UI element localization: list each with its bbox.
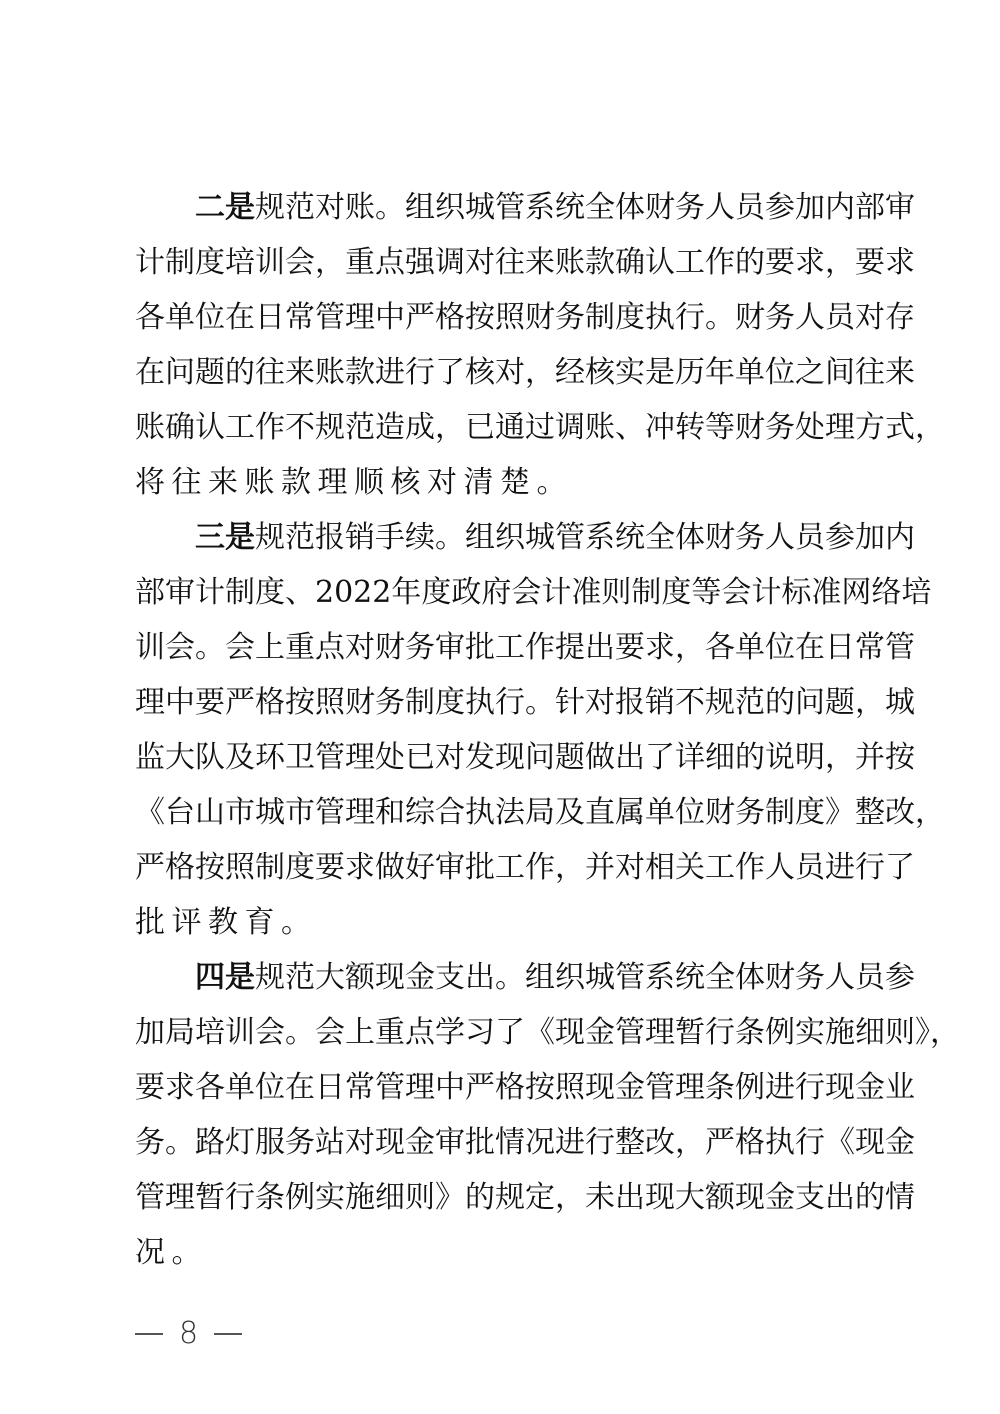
dash-right-decoration [214,1333,242,1335]
document-page: 二是规范对账。组织城管系统全体财务人员参加内部审 计制度培训会，重点强调对往来账… [0,0,1000,1414]
paragraph-lead: 三是 [195,520,255,555]
paragraph-line: 计制度培训会，重点强调对往来账款确认工作的要求，要求 [135,235,875,290]
paragraph-line: 将往来账款理顺核对清楚。 [135,455,875,510]
paragraph-line: 二是规范对账。组织城管系统全体财务人员参加内部审 [135,180,875,235]
paragraph-line: 务。路灯服务站对现金审批情况进行整改，严格执行《现金 [135,1115,875,1170]
paragraph-line: 在问题的往来账款进行了核对，经核实是历年单位之间往来 [135,345,875,400]
document-body: 二是规范对账。组织城管系统全体财务人员参加内部审 计制度培训会，重点强调对往来账… [135,180,875,1280]
paragraph-line: 加局培训会。会上重点学习了《现金管理暂行条例实施细则》， [135,1005,875,1060]
page-number-value: 8 [179,1316,198,1352]
paragraph-line: 批评教育。 [135,895,875,950]
paragraph-line: 要求各单位在日常管理中严格按照现金管理条例进行现金业 [135,1060,875,1115]
paragraph-line: 监大队及环卫管理处已对发现问题做出了详细的说明，并按 [135,730,875,785]
paragraph-line: 各单位在日常管理中严格按照财务制度执行。财务人员对存 [135,290,875,345]
paragraph-line: 三是规范报销手续。组织城管系统全体财务人员参加内 [135,510,875,565]
dash-left-decoration [135,1333,163,1335]
paragraph-2-standardize-reconciliation: 二是规范对账。组织城管系统全体财务人员参加内部审 计制度培训会，重点强调对往来账… [135,180,875,510]
paragraph-line: 《台山市城市管理和综合执法局及直属单位财务制度》整改， [135,785,875,840]
paragraph-line: 严格按照制度要求做好审批工作，并对相关工作人员进行了 [135,840,875,895]
paragraph-line: 账确认工作不规范造成，已通过调账、冲转等财务处理方式， [135,400,875,455]
paragraph-lead: 四是 [195,960,255,995]
paragraph-lead: 二是 [195,190,255,225]
paragraph-line: 部审计制度、2022年度政府会计准则制度等会计标准网络培 [135,565,875,620]
paragraph-line: 管理暂行条例实施细则》的规定，未出现大额现金支出的情 [135,1170,875,1225]
paragraph-line: 训会。会上重点对财务审批工作提出要求，各单位在日常管 [135,620,875,675]
paragraph-line: 四是规范大额现金支出。组织城管系统全体财务人员参 [135,950,875,1005]
paragraph-line: 况。 [135,1225,875,1280]
paragraph-4-standardize-cash-expenditure: 四是规范大额现金支出。组织城管系统全体财务人员参 加局培训会。会上重点学习了《现… [135,950,875,1280]
paragraph-3-standardize-reimbursement: 三是规范报销手续。组织城管系统全体财务人员参加内 部审计制度、2022年度政府会… [135,510,875,950]
page-number: 8 [135,1316,242,1352]
paragraph-line: 理中要严格按照财务制度执行。针对报销不规范的问题，城 [135,675,875,730]
